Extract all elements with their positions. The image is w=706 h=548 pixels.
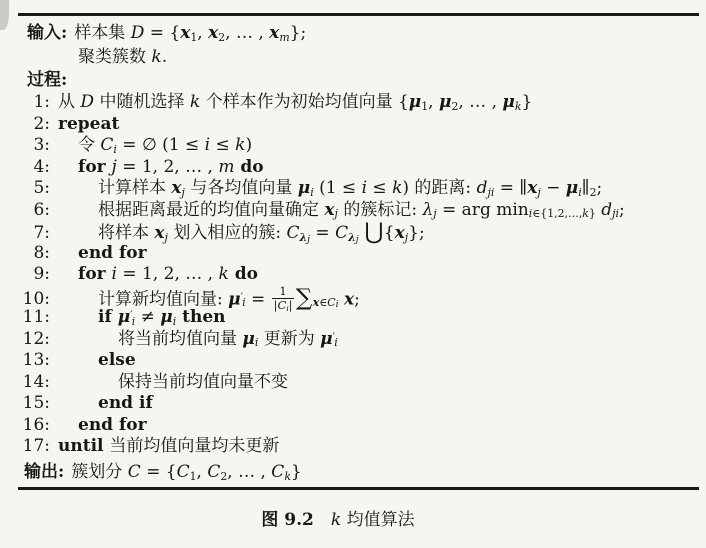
input-sample-set: 样本集 D = {x1, x2, … , xm}; <box>74 21 306 47</box>
output-label: 输出: <box>24 460 64 484</box>
process-label: 过程: <box>27 68 67 92</box>
step-number: 3: <box>0 135 50 157</box>
step-content: until 当前均值向量均未更新 <box>58 436 279 458</box>
algo-step-row: 4: for j = 1, 2, … , m do <box>0 157 706 179</box>
step-content: end for <box>78 415 147 437</box>
algo-step-row: 3: 令 Ci = ∅ (1 ≤ i ≤ k) <box>0 135 706 157</box>
algo-step-row: 13: else <box>0 350 706 372</box>
scan-artifact <box>0 0 9 30</box>
input-line: 输入: 样本集 D = {x1, x2, … , xm}; <box>27 21 306 47</box>
step-content: 令 Ci = ∅ (1 ≤ i ≤ k) <box>78 135 252 158</box>
figure-caption-text: 图 9.2 k 均值算法 <box>261 510 414 530</box>
input-line-2: 聚类簇数 k. <box>71 45 167 69</box>
figure-caption: 图 9.2 k 均值算法 <box>0 508 676 532</box>
step-content: end if <box>98 393 153 415</box>
step-number: 9: <box>0 264 50 286</box>
step-content: 从 D 中随机选择 k 个样本作为初始均值向量 {μ1, μ2, … , μk} <box>58 92 532 115</box>
step-content: end for <box>78 243 147 265</box>
step-number: 13: <box>0 350 50 372</box>
step-number: 6: <box>0 200 50 222</box>
step-number: 16: <box>0 415 50 437</box>
step-number: 8: <box>0 243 50 265</box>
step-number: 4: <box>0 157 50 179</box>
algo-step-row: 7: 将样本 xj 划入相应的簇: Cλj = Cλj ⋃{xj}; <box>0 221 706 243</box>
step-number: 17: <box>0 436 50 458</box>
step-content: 将当前均值向量 μi 更新为 μ′i <box>118 329 338 353</box>
input-cluster-count: 聚类簇数 k. <box>78 45 167 69</box>
algorithm-steps: 1: 从 D 中随机选择 k 个样本作为初始均值向量 {μ1, μ2, … , … <box>0 92 706 458</box>
input-label: 输入: <box>27 21 67 45</box>
algo-step-row: 6: 根据距离最近的均值向量确定 xj 的簇标记: λj = arg mini∈… <box>0 200 706 222</box>
scanned-textbook-page: 输入: 样本集 D = {x1, x2, … , xm}; 聚类簇数 k. 过程… <box>0 0 706 548</box>
step-number: 7: <box>0 223 50 245</box>
algo-step-row: 5: 计算样本 xj 与各均值向量 μi (1 ≤ i ≤ k) 的距离: dj… <box>0 178 706 200</box>
top-rule <box>18 13 699 16</box>
algo-step-row: 17: until 当前均值向量均未更新 <box>0 436 706 458</box>
step-content: 保持当前均值向量不变 <box>118 372 288 394</box>
output-line: 输出: 簇划分 C = {C1, C2, … , Ck} <box>24 460 302 486</box>
step-content: repeat <box>58 114 119 136</box>
step-content: if μ′i ≠ μi then <box>98 307 226 331</box>
step-number: 1: <box>0 92 50 114</box>
step-number: 15: <box>0 393 50 415</box>
step-content: for i = 1, 2, … , k do <box>78 264 258 286</box>
step-content: 将样本 xj 划入相应的簇: Cλj = Cλj ⋃{xj}; <box>98 221 425 247</box>
step-number: 5: <box>0 178 50 200</box>
step-number: 11: <box>0 307 50 329</box>
step-number: 12: <box>0 329 50 351</box>
step-number: 2: <box>0 114 50 136</box>
step-content: 根据距离最近的均值向量确定 xj 的簇标记: λj = arg mini∈{1,… <box>98 200 625 223</box>
algo-step-row: 14: 保持当前均值向量不变 <box>0 372 706 394</box>
step-content: else <box>98 350 136 372</box>
algo-step-row: 16: end for <box>0 415 706 437</box>
algo-step-row: 2: repeat <box>0 114 706 136</box>
algo-step-row: 1: 从 D 中随机选择 k 个样本作为初始均值向量 {μ1, μ2, … , … <box>0 92 706 114</box>
algo-step-row: 9: for i = 1, 2, … , k do <box>0 264 706 286</box>
algo-step-row: 10: 计算新均值向量: μ′i = 1|Ci|∑x∈Ci x; <box>0 286 706 308</box>
algo-step-row: 12: 将当前均值向量 μi 更新为 μ′i <box>0 329 706 351</box>
bottom-rule <box>18 487 699 490</box>
algo-step-row: 15: end if <box>0 393 706 415</box>
step-number: 14: <box>0 372 50 394</box>
step-content: 计算样本 xj 与各均值向量 μi (1 ≤ i ≤ k) 的距离: dji =… <box>98 178 602 201</box>
output-cluster-partition: 簇划分 C = {C1, C2, … , Ck} <box>71 460 301 486</box>
step-content: for j = 1, 2, … , m do <box>78 157 264 179</box>
process-line: 过程: <box>27 68 67 92</box>
